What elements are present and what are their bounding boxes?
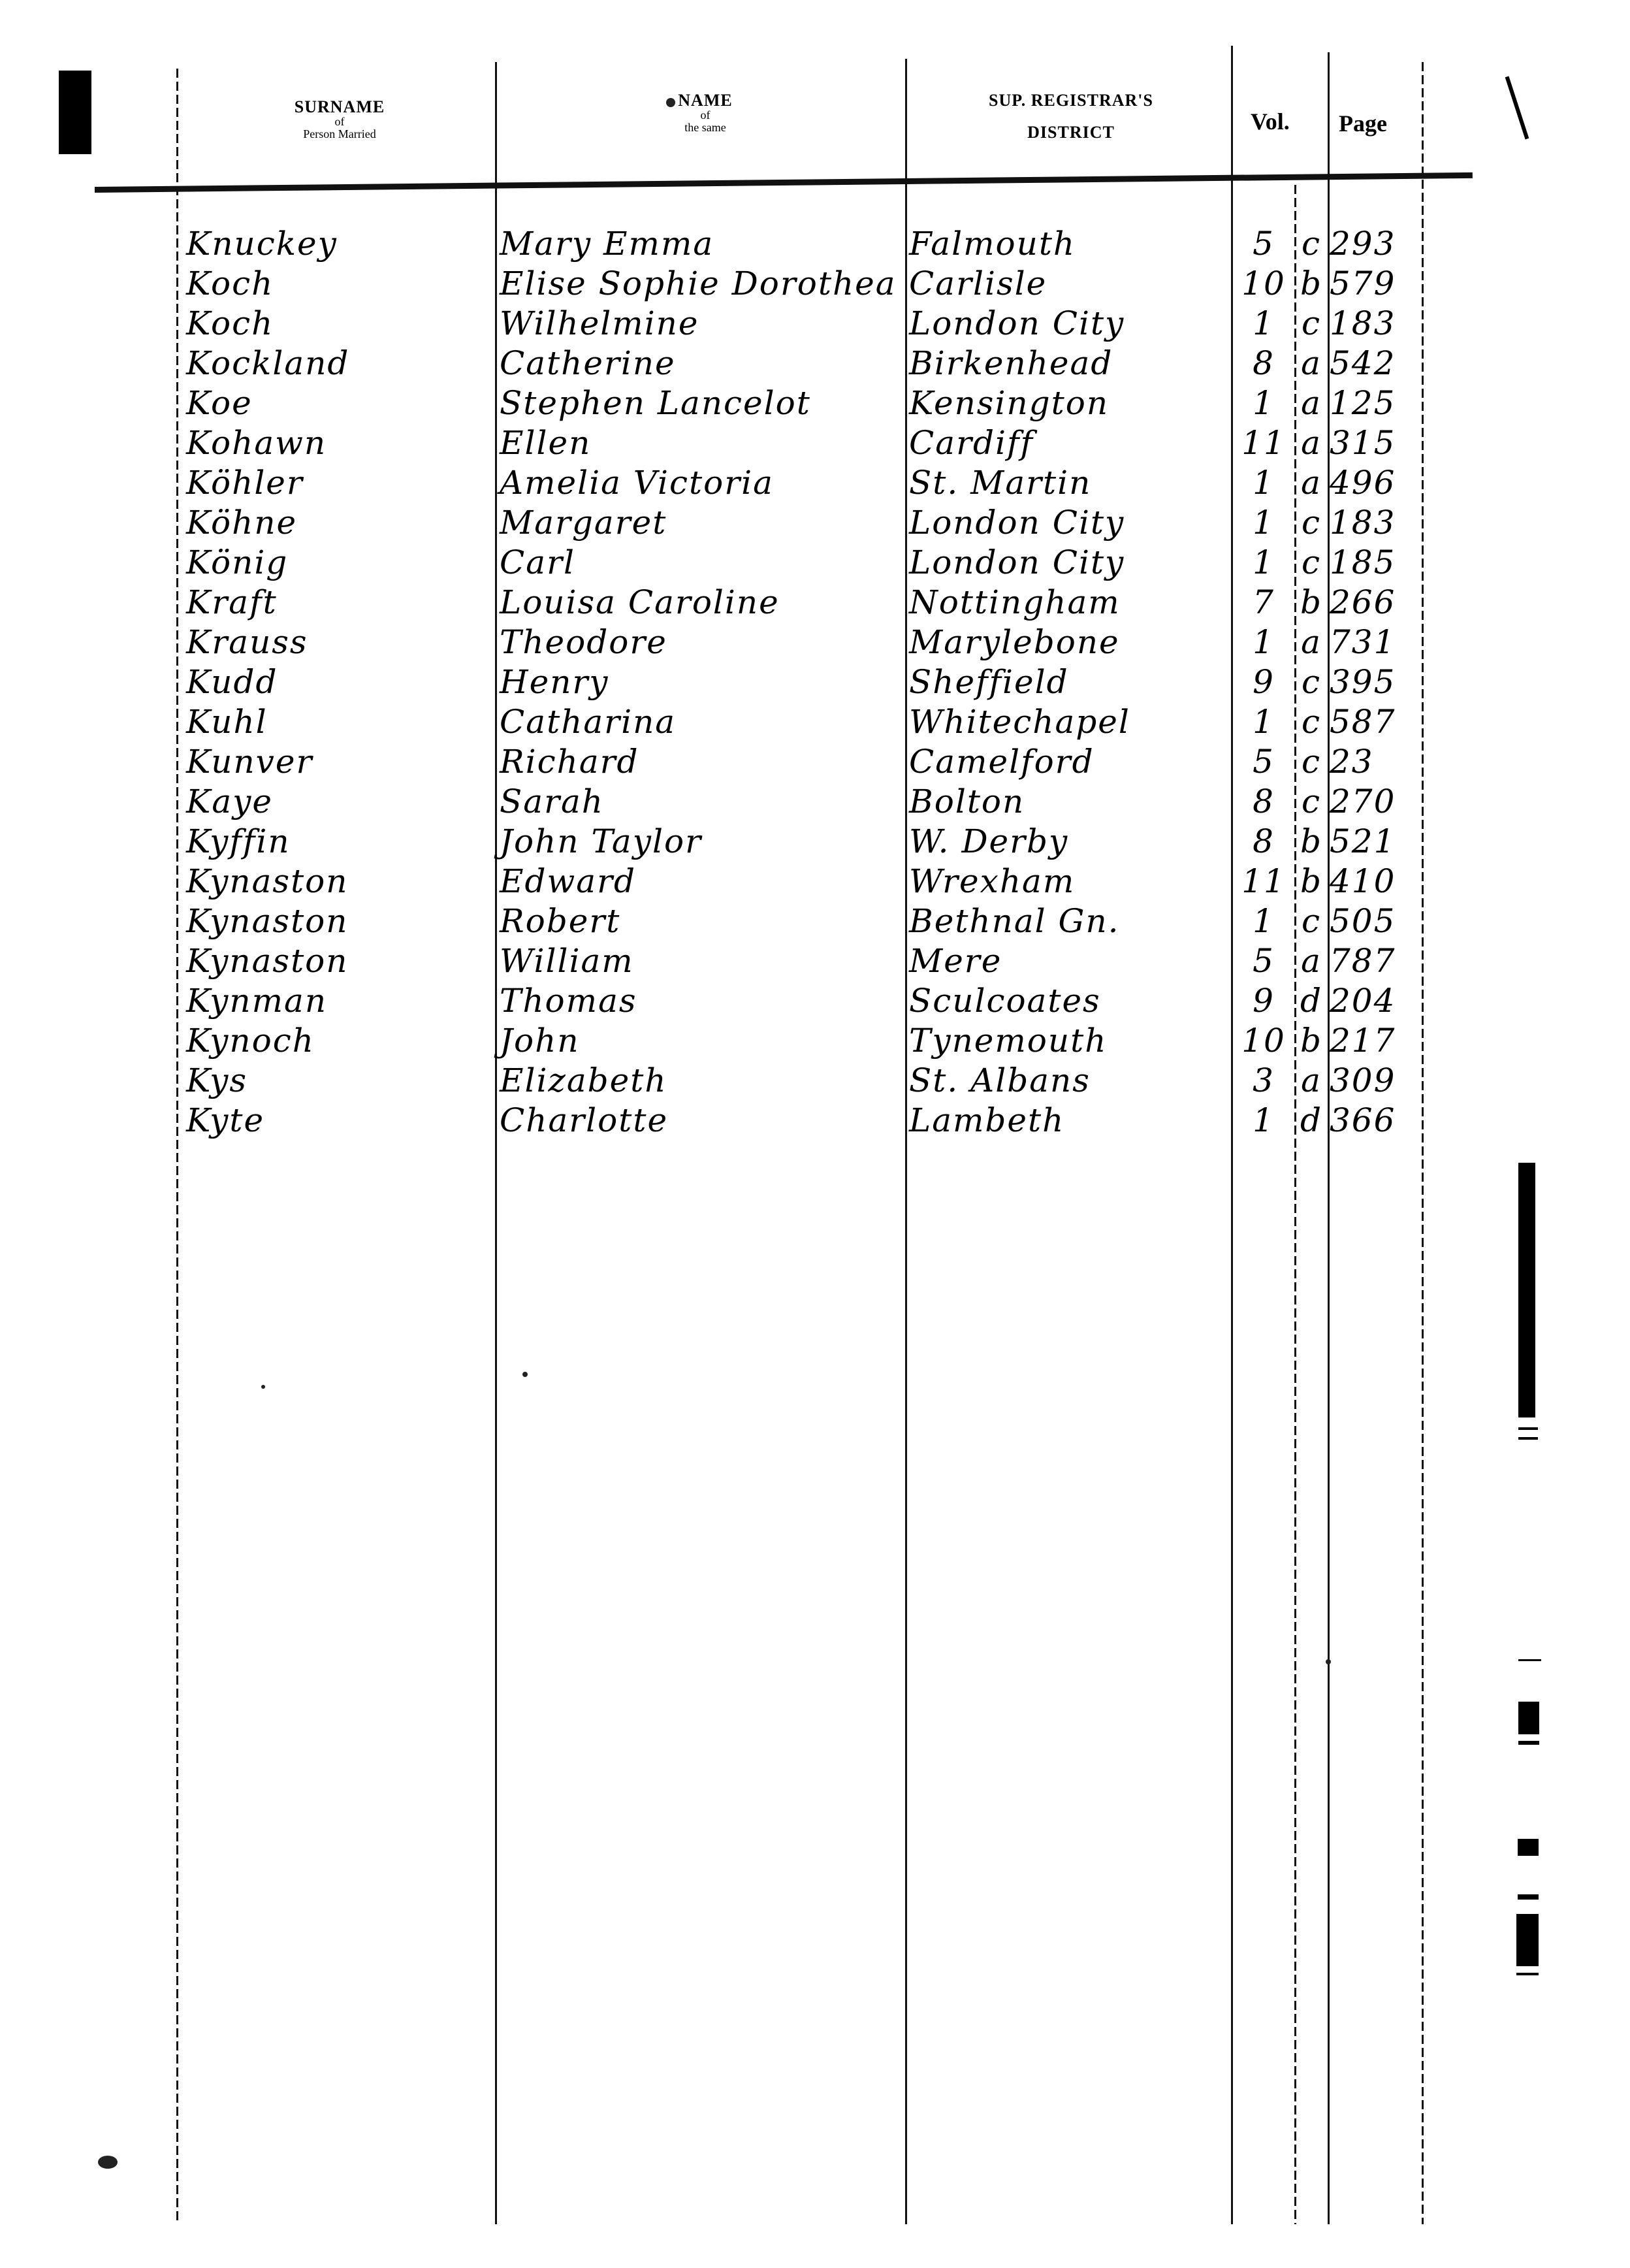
surname-cell: König bbox=[186, 543, 490, 583]
volume-cell: 5 bbox=[1234, 742, 1293, 782]
table-row: KyffinJohn TaylorW. Derby8b521 bbox=[0, 822, 1630, 862]
volume-letter-cell: c bbox=[1296, 782, 1326, 822]
volume-cell: 1 bbox=[1234, 623, 1293, 662]
volume-cell: 3 bbox=[1234, 1061, 1293, 1101]
district-cell: Falmouth bbox=[909, 224, 1232, 264]
volume-cell: 1 bbox=[1234, 503, 1293, 543]
page-cell: 366 bbox=[1330, 1101, 1421, 1141]
volume-letter-cell: c bbox=[1296, 304, 1326, 344]
table-row: KochWilhelmineLondon City1c183 bbox=[0, 304, 1630, 344]
table-row: KöhlerAmelia VictoriaSt. Martin1a496 bbox=[0, 463, 1630, 503]
volume-letter-cell: a bbox=[1296, 941, 1326, 981]
header-name-line2: of bbox=[509, 109, 901, 121]
given-name-cell: Catherine bbox=[500, 344, 918, 383]
table-row: KoeStephen LancelotKensington1a125 bbox=[0, 383, 1630, 423]
scan-mark-bar-2 bbox=[1518, 1702, 1539, 1734]
scan-mark-line-5 bbox=[1518, 1894, 1539, 1900]
given-name-cell: Louisa Caroline bbox=[500, 583, 918, 623]
given-name-cell: Charlotte bbox=[500, 1101, 918, 1141]
table-row: KraussTheodoreMarylebone1a731 bbox=[0, 623, 1630, 662]
given-name-cell: Margaret bbox=[500, 503, 918, 543]
header-page: Page bbox=[1339, 110, 1387, 137]
given-name-cell: Elise Sophie Dorothea bbox=[500, 264, 918, 304]
scan-speck bbox=[666, 98, 675, 107]
volume-cell: 10 bbox=[1234, 264, 1293, 304]
volume-letter-cell: b bbox=[1296, 264, 1326, 304]
given-name-cell: Catharina bbox=[500, 702, 918, 742]
page-cell: 395 bbox=[1330, 662, 1421, 702]
scan-mark-bar-1 bbox=[1518, 1163, 1535, 1417]
surname-cell: Kudd bbox=[186, 662, 490, 702]
given-name-cell: Sarah bbox=[500, 782, 918, 822]
volume-cell: 9 bbox=[1234, 662, 1293, 702]
district-cell: London City bbox=[909, 543, 1232, 583]
scan-mark-bar-3 bbox=[1518, 1839, 1539, 1856]
scan-mark-line-2 bbox=[1518, 1437, 1538, 1440]
given-name-cell: Theodore bbox=[500, 623, 918, 662]
scan-mark-line-1 bbox=[1518, 1427, 1538, 1430]
volume-letter-cell: c bbox=[1296, 742, 1326, 782]
district-cell: St. Martin bbox=[909, 463, 1232, 503]
given-name-cell: Elizabeth bbox=[500, 1061, 918, 1101]
scan-mark-line-6 bbox=[1516, 1973, 1539, 1975]
surname-cell: Köhne bbox=[186, 503, 490, 543]
page-cell: 521 bbox=[1330, 822, 1421, 862]
surname-cell: Kockland bbox=[186, 344, 490, 383]
table-row: KayeSarahBolton8c270 bbox=[0, 782, 1630, 822]
given-name-cell: Edward bbox=[500, 862, 918, 901]
page-cell: 183 bbox=[1330, 304, 1421, 344]
surname-cell: Kynaston bbox=[186, 901, 490, 941]
volume-letter-cell: c bbox=[1296, 662, 1326, 702]
volume-letter-cell: d bbox=[1296, 981, 1326, 1021]
district-cell: Mere bbox=[909, 941, 1232, 981]
scan-speck bbox=[522, 1372, 528, 1377]
volume-cell: 1 bbox=[1234, 901, 1293, 941]
surname-cell: Kynoch bbox=[186, 1021, 490, 1061]
page-cell: 204 bbox=[1330, 981, 1421, 1021]
header-surname-line3: Person Married bbox=[189, 128, 490, 140]
district-cell: Kensington bbox=[909, 383, 1232, 423]
volume-cell: 8 bbox=[1234, 344, 1293, 383]
scan-speck bbox=[1326, 1659, 1331, 1664]
table-row: KunverRichardCamelford5c23 bbox=[0, 742, 1630, 782]
surname-cell: Kuhl bbox=[186, 702, 490, 742]
district-cell: Bolton bbox=[909, 782, 1232, 822]
volume-letter-cell: d bbox=[1296, 1101, 1326, 1141]
page-cell: 266 bbox=[1330, 583, 1421, 623]
page-cell: 293 bbox=[1330, 224, 1421, 264]
header-surname: SURNAME of Person Married bbox=[189, 98, 490, 140]
table-row: KuddHenrySheffield9c395 bbox=[0, 662, 1630, 702]
page-cell: 309 bbox=[1330, 1061, 1421, 1101]
district-cell: Camelford bbox=[909, 742, 1232, 782]
district-cell: Lambeth bbox=[909, 1101, 1232, 1141]
district-cell: London City bbox=[909, 304, 1232, 344]
district-cell: Wrexham bbox=[909, 862, 1232, 901]
scan-speck bbox=[98, 2156, 118, 2169]
page-cell: 315 bbox=[1330, 423, 1421, 463]
page-cell: 787 bbox=[1330, 941, 1421, 981]
district-cell: Bethnal Gn. bbox=[909, 901, 1232, 941]
header-name: NAME of the same bbox=[509, 91, 901, 134]
scan-mark-bar-4 bbox=[1516, 1914, 1539, 1966]
volume-letter-cell: a bbox=[1296, 344, 1326, 383]
surname-cell: Kyte bbox=[186, 1101, 490, 1141]
volume-cell: 1 bbox=[1234, 543, 1293, 583]
volume-letter-cell: c bbox=[1296, 224, 1326, 264]
volume-cell: 7 bbox=[1234, 583, 1293, 623]
header-surname-line2: of bbox=[189, 116, 490, 128]
table-row: KocklandCatherineBirkenhead8a542 bbox=[0, 344, 1630, 383]
volume-letter-cell: a bbox=[1296, 423, 1326, 463]
district-cell: Sculcoates bbox=[909, 981, 1232, 1021]
table-row: KnuckeyMary EmmaFalmouth5c293 bbox=[0, 224, 1630, 264]
volume-letter-cell: a bbox=[1296, 463, 1326, 503]
table-row: KynmanThomasSculcoates9d204 bbox=[0, 981, 1630, 1021]
district-cell: Birkenhead bbox=[909, 344, 1232, 383]
volume-letter-cell: c bbox=[1296, 543, 1326, 583]
page-cell: 183 bbox=[1330, 503, 1421, 543]
table-row: KraftLouisa CarolineNottingham7b266 bbox=[0, 583, 1630, 623]
surname-cell: Kynaston bbox=[186, 941, 490, 981]
volume-cell: 1 bbox=[1234, 702, 1293, 742]
page-cell: 23 bbox=[1330, 742, 1421, 782]
surname-cell: Koch bbox=[186, 264, 490, 304]
header-district: SUP. REGISTRAR'S DISTRICT bbox=[911, 91, 1231, 142]
page-cell: 125 bbox=[1330, 383, 1421, 423]
given-name-cell: Thomas bbox=[500, 981, 918, 1021]
surname-cell: Kunver bbox=[186, 742, 490, 782]
district-cell: St. Albans bbox=[909, 1061, 1232, 1101]
volume-letter-cell: c bbox=[1296, 503, 1326, 543]
volume-letter-cell: a bbox=[1296, 383, 1326, 423]
district-cell: Nottingham bbox=[909, 583, 1232, 623]
given-name-cell: Wilhelmine bbox=[500, 304, 918, 344]
given-name-cell: John Taylor bbox=[500, 822, 918, 862]
table-row: KyteCharlotteLambeth1d366 bbox=[0, 1101, 1630, 1141]
surname-cell: Kynaston bbox=[186, 862, 490, 901]
given-name-cell: William bbox=[500, 941, 918, 981]
scan-speck bbox=[261, 1385, 265, 1389]
given-name-cell: Mary Emma bbox=[500, 224, 918, 264]
table-row: KynastonRobertBethnal Gn.1c505 bbox=[0, 901, 1630, 941]
district-cell: Carlisle bbox=[909, 264, 1232, 304]
volume-cell: 1 bbox=[1234, 463, 1293, 503]
table-row: KochElise Sophie DorotheaCarlisle10b579 bbox=[0, 264, 1630, 304]
district-cell: Cardiff bbox=[909, 423, 1232, 463]
given-name-cell: Robert bbox=[500, 901, 918, 941]
surname-cell: Kaye bbox=[186, 782, 490, 822]
district-cell: W. Derby bbox=[909, 822, 1232, 862]
scan-mark-diagonal bbox=[1505, 76, 1529, 140]
surname-cell: Koch bbox=[186, 304, 490, 344]
page-cell: 731 bbox=[1330, 623, 1421, 662]
header-name-line1: NAME bbox=[509, 91, 901, 109]
page-cell: 542 bbox=[1330, 344, 1421, 383]
scan-mark-line-4 bbox=[1518, 1741, 1539, 1745]
district-cell: Tynemouth bbox=[909, 1021, 1232, 1061]
page-cell: 185 bbox=[1330, 543, 1421, 583]
table-row: KönigCarlLondon City1c185 bbox=[0, 543, 1630, 583]
page-cell: 579 bbox=[1330, 264, 1421, 304]
scan-mark-line-3 bbox=[1518, 1659, 1541, 1661]
given-name-cell: Carl bbox=[500, 543, 918, 583]
volume-cell: 11 bbox=[1234, 423, 1293, 463]
district-cell: Whitechapel bbox=[909, 702, 1232, 742]
volume-cell: 1 bbox=[1234, 304, 1293, 344]
page-cell: 587 bbox=[1330, 702, 1421, 742]
volume-cell: 9 bbox=[1234, 981, 1293, 1021]
volume-letter-cell: c bbox=[1296, 901, 1326, 941]
table-row: KohawnEllenCardiff11a315 bbox=[0, 423, 1630, 463]
header-district-line1: SUP. REGISTRAR'S bbox=[911, 91, 1231, 109]
given-name-cell: Ellen bbox=[500, 423, 918, 463]
page-cell: 505 bbox=[1330, 901, 1421, 941]
volume-letter-cell: b bbox=[1296, 862, 1326, 901]
volume-cell: 5 bbox=[1234, 941, 1293, 981]
surname-cell: Kyffin bbox=[186, 822, 490, 862]
table-row: KuhlCatharinaWhitechapel1c587 bbox=[0, 702, 1630, 742]
table-row: KynochJohnTynemouth10b217 bbox=[0, 1021, 1630, 1061]
given-name-cell: Stephen Lancelot bbox=[500, 383, 918, 423]
table-row: KynastonWilliamMere5a787 bbox=[0, 941, 1630, 981]
header-rule bbox=[95, 172, 1473, 193]
surname-cell: Kynman bbox=[186, 981, 490, 1021]
surname-cell: Krauss bbox=[186, 623, 490, 662]
volume-cell: 8 bbox=[1234, 782, 1293, 822]
volume-letter-cell: a bbox=[1296, 1061, 1326, 1101]
header-district-line2: DISTRICT bbox=[911, 123, 1231, 141]
volume-cell: 8 bbox=[1234, 822, 1293, 862]
volume-letter-cell: b bbox=[1296, 583, 1326, 623]
volume-letter-cell: b bbox=[1296, 1021, 1326, 1061]
given-name-cell: Amelia Victoria bbox=[500, 463, 918, 503]
table-row: KöhneMargaretLondon City1c183 bbox=[0, 503, 1630, 543]
volume-letter-cell: c bbox=[1296, 702, 1326, 742]
header-surname-line1: SURNAME bbox=[189, 98, 490, 116]
volume-letter-cell: a bbox=[1296, 623, 1326, 662]
district-cell: London City bbox=[909, 503, 1232, 543]
page-cell: 410 bbox=[1330, 862, 1421, 901]
given-name-cell: John bbox=[500, 1021, 918, 1061]
table-row: KysElizabethSt. Albans3a309 bbox=[0, 1061, 1630, 1101]
surname-cell: Köhler bbox=[186, 463, 490, 503]
volume-cell: 1 bbox=[1234, 1101, 1293, 1141]
given-name-cell: Henry bbox=[500, 662, 918, 702]
surname-cell: Koe bbox=[186, 383, 490, 423]
volume-cell: 11 bbox=[1234, 862, 1293, 901]
scan-edge-bar bbox=[59, 71, 91, 154]
page-cell: 270 bbox=[1330, 782, 1421, 822]
volume-cell: 10 bbox=[1234, 1021, 1293, 1061]
page-cell: 496 bbox=[1330, 463, 1421, 503]
surname-cell: Kohawn bbox=[186, 423, 490, 463]
surname-cell: Kraft bbox=[186, 583, 490, 623]
given-name-cell: Richard bbox=[500, 742, 918, 782]
volume-cell: 5 bbox=[1234, 224, 1293, 264]
volume-cell: 1 bbox=[1234, 383, 1293, 423]
surname-cell: Knuckey bbox=[186, 224, 490, 264]
district-cell: Marylebone bbox=[909, 623, 1232, 662]
header-name-line3: the same bbox=[509, 121, 901, 134]
district-cell: Sheffield bbox=[909, 662, 1232, 702]
page-cell: 217 bbox=[1330, 1021, 1421, 1061]
table-row: KynastonEdwardWrexham11b410 bbox=[0, 862, 1630, 901]
header-vol: Vol. bbox=[1251, 108, 1290, 135]
surname-cell: Kys bbox=[186, 1061, 490, 1101]
volume-letter-cell: b bbox=[1296, 822, 1326, 862]
